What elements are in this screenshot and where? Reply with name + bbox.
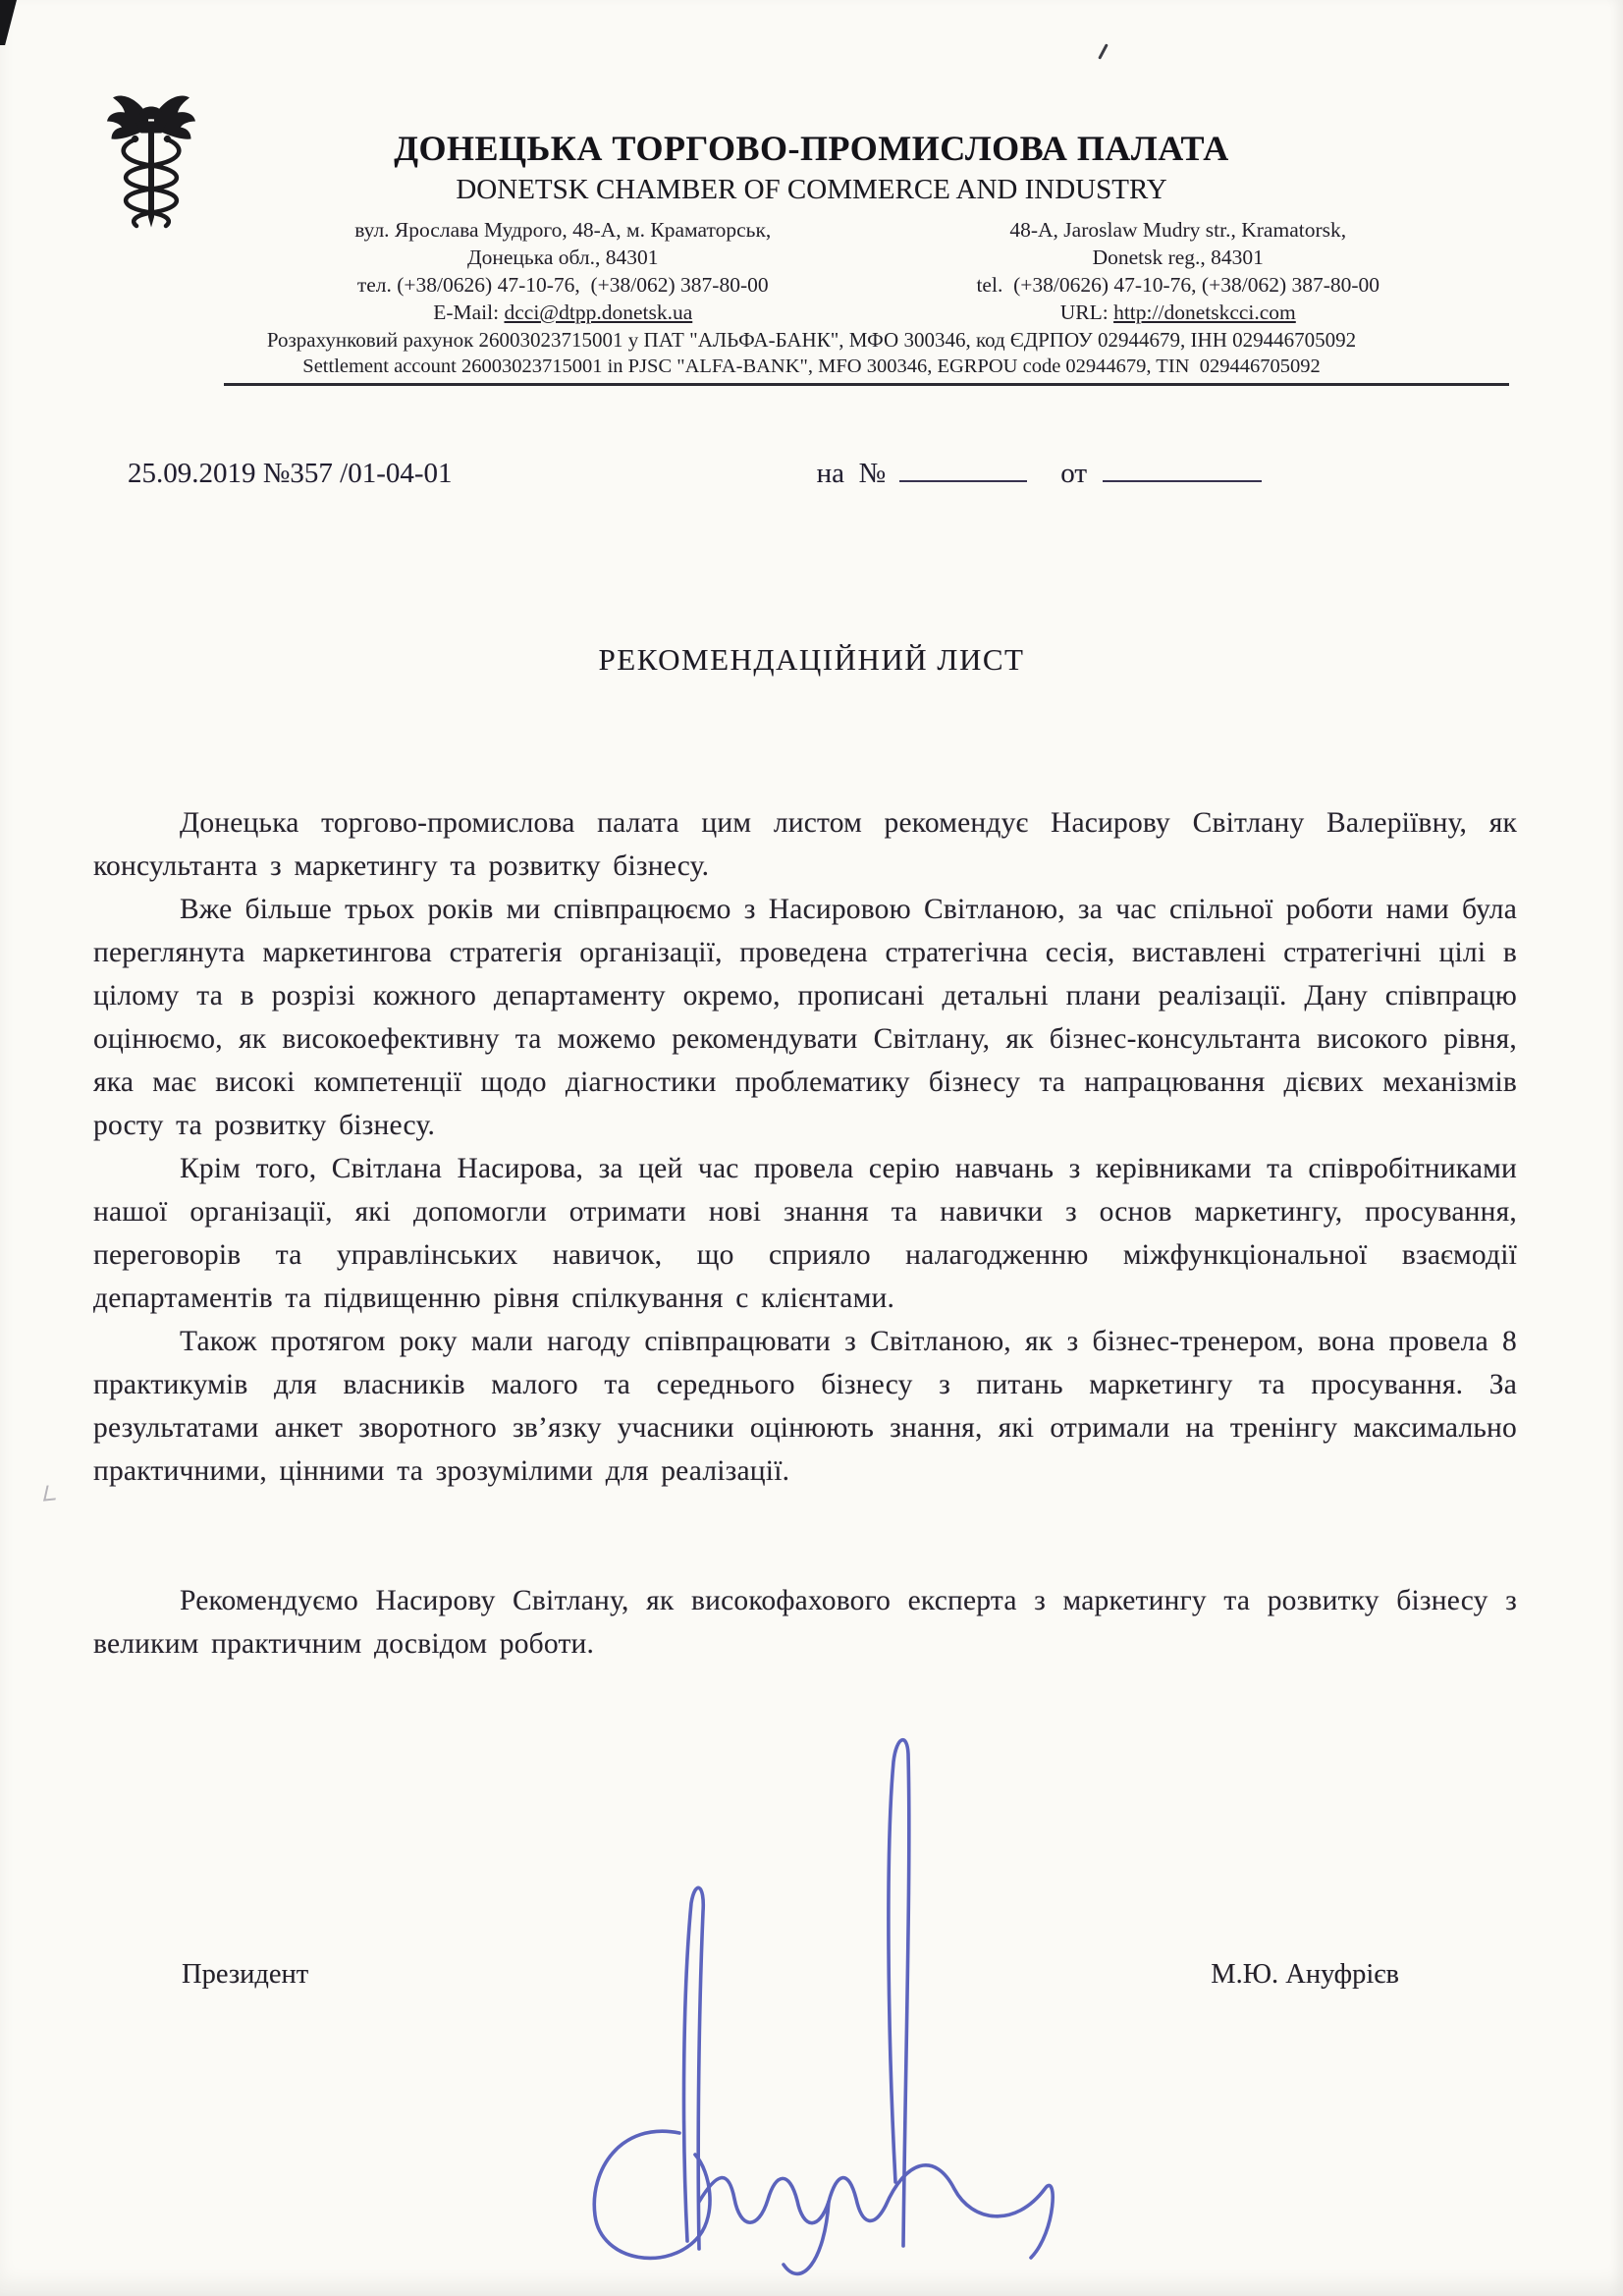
handwritten-signature — [562, 1711, 1111, 2296]
address-uk-line3: тел. (+38/0626) 47-10-76, (+38/062) 387-… — [255, 271, 871, 299]
reference-line: 25.09.2019 №357 /01-04-01 на №от — [0, 451, 1623, 493]
paragraph-recommendation: Рекомендуємо Насирову Світлану, як висок… — [93, 1579, 1517, 1666]
bank-details-english: Settlement account 26003023715001 in PJS… — [113, 354, 1510, 380]
address-uk-line1: вул. Ярослава Мудрого, 48-А, м. Краматор… — [255, 216, 871, 244]
org-name-ukrainian: ДОНЕЦЬКА ТОРГОВО-ПРОМИСЛОВА ПАЛАТА — [0, 86, 1623, 171]
outgoing-number: 25.09.2019 №357 /01-04-01 — [128, 454, 453, 493]
paragraph-trainings: Крім того, Світлана Насирова, за цей час… — [93, 1147, 1517, 1320]
letterhead-divider — [224, 383, 1509, 386]
reply-date-label: от — [1060, 458, 1087, 489]
letter-body: Донецька торгово-промислова палата цим л… — [0, 801, 1623, 1666]
bank-details-ukrainian: Розрахунковий рахунок 26003023715001 у П… — [113, 327, 1510, 354]
address-column-english: 48-A, Jaroslaw Mudry str., Kramatorsk, D… — [871, 216, 1487, 326]
signer-name: М.Ю. Ануфрієв — [1211, 1959, 1399, 1991]
caduceus-logo-icon — [104, 84, 198, 232]
address-en-line3: tel. (+38/0626) 47-10-76, (+38/062) 387-… — [871, 271, 1487, 299]
website-url: http://donetskcci.com — [1113, 301, 1296, 324]
address-block: вул. Ярослава Мудрого, 48-А, м. Краматор… — [0, 208, 1623, 326]
email-line: E-Mail: dcci@dtpp.donetsk.ua — [255, 299, 871, 326]
address-en-line1: 48-A, Jaroslaw Mudry str., Kramatorsk, — [871, 216, 1487, 244]
url-label: URL: — [1060, 301, 1113, 324]
url-line: URL: http://donetskcci.com — [871, 299, 1487, 326]
in-reply-label: на № — [817, 458, 887, 489]
reply-date-blank — [1103, 451, 1262, 482]
scanned-letter-page: ДОНЕЦЬКА ТОРГОВО-ПРОМИСЛОВА ПАЛАТА DONET… — [0, 0, 1623, 2296]
signature-block: Президент М.Ю. Ануфрієв — [0, 1959, 1623, 1991]
reply-reference: на №от — [817, 451, 1262, 493]
document-title: РЕКОМЕНДАЦІЙНИЙ ЛИСТ — [0, 642, 1623, 678]
email-label: E-Mail: — [433, 301, 504, 324]
address-en-line2: Donetsk reg., 84301 — [871, 244, 1487, 271]
address-uk-line2: Донецька обл., 84301 — [255, 244, 871, 271]
signer-position: Президент — [182, 1959, 308, 1991]
reply-number-blank — [899, 451, 1027, 482]
paragraph-introduction: Донецька торгово-промислова палата цим л… — [93, 801, 1517, 888]
bank-details: Розрахунковий рахунок 26003023715001 у П… — [0, 326, 1623, 380]
paragraph-cooperation: Вже більше трьох років ми співпрацюємо з… — [93, 888, 1517, 1147]
paragraph-workshops: Також протягом року мали нагоду співпрац… — [93, 1320, 1517, 1493]
org-name-english: DONETSK CHAMBER OF COMMERCE AND INDUSTRY — [0, 171, 1623, 208]
address-column-ukrainian: вул. Ярослава Мудрого, 48-А, м. Краматор… — [255, 216, 871, 326]
email-address: dcci@dtpp.donetsk.ua — [504, 301, 692, 324]
letterhead: ДОНЕЦЬКА ТОРГОВО-ПРОМИСЛОВА ПАЛАТА DONET… — [0, 0, 1623, 386]
